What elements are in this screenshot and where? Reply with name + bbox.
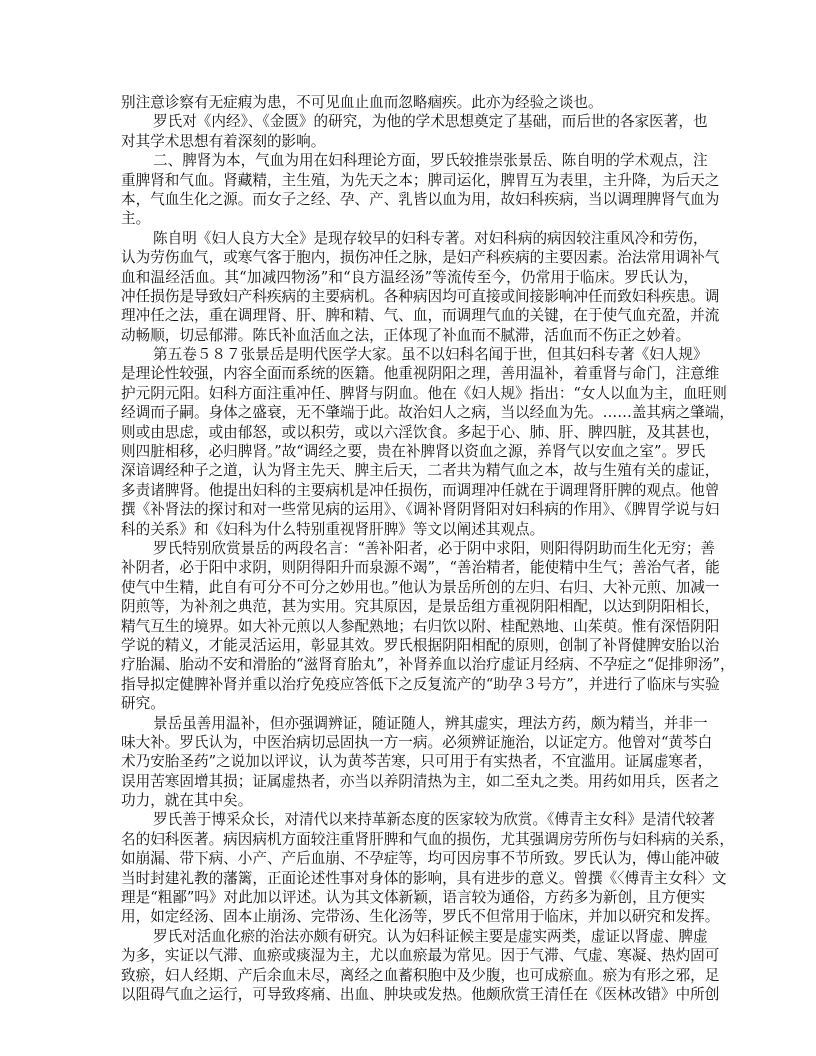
text-line: 认为劳伤血气，或寒气客于胞内，损伤冲任之脉，是妇产科疾病的主要因素。治法常用调补… xyxy=(121,248,698,267)
text-line: 二、脾肾为本，气血为用在妇科理论方面，罗氏较推崇张景岳、陈自明的学术观点，注 xyxy=(121,151,698,170)
paragraph: 景岳虽善用温补，但亦强调辨证，随证随人，辨其虚实，理法方药，颇为精当，并非一味大… xyxy=(121,714,698,811)
text-line: 深谙调经种子之道，认为肾主先天、脾主后天，二者共为精气血之本，故与生殖有关的虚证… xyxy=(121,461,698,480)
text-line: 致瘀，妇人经期、产后余血未尽，离经之血蓄积胞中及少腹，也可成瘀血。瘀为有形之邪，… xyxy=(121,966,698,985)
text-line: 功力，就在其中矣。 xyxy=(121,791,698,810)
text-line: 撰《补肾法的探讨和对一些常见病的运用》、《调补肾阴肾阳对妇科病的作用》、《脾胃学… xyxy=(121,500,698,519)
paragraph: 罗氏对《内经》、《金匮》的研究，为他的学术思想奠定了基础，而后世的各家医著，也对… xyxy=(121,112,698,151)
text-line: 护元阴元阳。妇科方面注重冲任、脾肾与阴血。他在《妇人规》指出：“女人以血为主，血… xyxy=(121,384,698,403)
paragraph: 别注意诊察有无症瘕为患，不可见血止血而忽略痼疾。此亦为经验之谈也。 xyxy=(121,93,698,112)
text-line: 补阴者，必于阳中求阴，则阴得阳升而泉源不竭”，“善治精者，能使精中生气；善治气者… xyxy=(121,558,698,577)
text-line: 罗氏特别欣赏景岳的两段名言：“善补阳者，必于阴中求阳，则阳得阴助而生化无穷；善 xyxy=(121,539,698,558)
text-line: 阴煎等，为补剂之典范，甚为实用。究其原因，是景岳组方重视阴阳相配，以达到阴阳相长… xyxy=(121,597,698,616)
text-line: 误用苦寒固增其损；证属虚热者，亦当以养阴清热为主，如二至丸之类。用药如用兵，医者… xyxy=(121,772,698,791)
text-line: 对其学术思想有着深刻的影响。 xyxy=(121,132,698,151)
text-line: 如崩漏、带下病、小产、产后血崩、不孕症等，均可因房事不节所致。罗氏认为，傅山能冲… xyxy=(121,849,698,868)
text-line: 名的妇科医著。病因病机方面较注重肾肝脾和气血的损伤，尤其强调房劳所伤与妇科病的关… xyxy=(121,830,698,849)
text-line: 主。 xyxy=(121,209,698,228)
text-line: 罗氏对活血化瘀的治法亦颇有研究。认为妇科证候主要是虚实两类，虚证以肾虚、脾虚 xyxy=(121,927,698,946)
text-line: 别注意诊察有无症瘕为患，不可见血止血而忽略痼疾。此亦为经验之谈也。 xyxy=(121,93,698,112)
text-line: 研究。 xyxy=(121,694,698,713)
text-line: 多责诸脾肾。他提出妇科的主要病机是冲任损伤，而调理冲任就在于调理肾肝脾的观点。他… xyxy=(121,481,698,500)
text-line: 重脾肾和气血。肾藏精，主生殖，为先天之本；脾司运化，脾胃互为表里，主升降，为后天… xyxy=(121,171,698,190)
text-line: 味大补。罗氏认为，中医治病切忌固执一方一病。必须辨证施治，以证定方。他曾对“黄芩… xyxy=(121,733,698,752)
text-line: 经调而子嗣。身体之盛衰，无不肇端于此。故治妇人之病，当以经血为先。……盖其病之肇… xyxy=(121,403,698,422)
paragraph: 罗氏善于博采众长，对清代以来持革新态度的医家较为欣赏。《傅青主女科》是清代较著名… xyxy=(121,810,698,926)
text-line: 学说的精义，才能灵活运用，彰显其效。罗氏根据阴阳相配的原则，创制了补肾健脾安胎以… xyxy=(121,636,698,655)
text-line: 精气互生的境界。如大补元煎以人参配熟地；右归饮以附、桂配熟地、山茱萸。惟有深悟阴… xyxy=(121,617,698,636)
text-line: 动畅顺，切忌郁滞。陈氏补血活血之法，正体现了补血而不腻滞，活血而不伤正之妙着。 xyxy=(121,326,698,345)
text-line: 疗胎漏、胎动不安和滑胎的“滋肾育胎丸”，补肾养血以治疗虚证月经病、不孕症之“促排… xyxy=(121,655,698,674)
text-line: 当时封建礼教的藩篱，正面论述性事对身体的影响，具有进步的意义。曾撰《〈傅青主女科… xyxy=(121,869,698,888)
text-line: 则或由思虑，或由郁怒，或以积劳，或以六淫饮食。多起于心、肺、肝、脾四脏，及其甚也… xyxy=(121,423,698,442)
paragraph: 第五卷５８７张景岳是明代医学大家。虽不以妇科名闻于世，但其妇科专著《妇人规》是理… xyxy=(121,345,698,539)
text-line: 科的关系》和《妇科为什么特别重视肾肝脾》等文以阐述其观点。 xyxy=(121,520,698,539)
document-page: 别注意诊察有无症瘕为患，不可见血止血而忽略痼疾。此亦为经验之谈也。罗氏对《内经》… xyxy=(121,93,698,1004)
text-line: 是理论性较强，内容全面而系统的医籍。他重视阴阳之理，善用温补，着重肾与命门，注意… xyxy=(121,364,698,383)
text-line: 使气中生精，此自有可分不可分之妙用也。”他认为景岳所创的左归、右归、大补元煎、加… xyxy=(121,578,698,597)
text-line: 术乃安胎圣药”之说加以评议，认为黄芩苦寒，只可用于有实热者，不宜滥用。证属虚寒者… xyxy=(121,752,698,771)
text-line: 陈自明《妇人良方大全》是现存较早的妇科专著。对妇科病的病因较注重风冷和劳伤， xyxy=(121,229,698,248)
text-line: 为多，实证以气滞、血瘀或痰湿为主，尤以血瘀最为常见。因于气滞、气虚、寒凝、热灼固… xyxy=(121,946,698,965)
text-line: 罗氏善于博采众长，对清代以来持革新态度的医家较为欣赏。《傅青主女科》是清代较著 xyxy=(121,810,698,829)
text-line: 则四脏相移，必归脾肾。”故“调经之要，贵在补脾肾以资血之源，养肾气以安血之室”。… xyxy=(121,442,698,461)
text-line: 理是“粗鄙”吗》对此加以评述。认为其文体新颖，语言较为通俗，方药多为新创，且方便… xyxy=(121,888,698,907)
text-line: 罗氏对《内经》、《金匮》的研究，为他的学术思想奠定了基础，而后世的各家医著，也 xyxy=(121,112,698,131)
paragraph: 罗氏对活血化瘀的治法亦颇有研究。认为妇科证候主要是虚实两类，虚证以肾虚、脾虚为多… xyxy=(121,927,698,1005)
paragraph: 罗氏特别欣赏景岳的两段名言：“善补阳者，必于阴中求阳，则阳得阴助而生化无穷；善补… xyxy=(121,539,698,714)
text-line: 以阻碍气血之运行，可导致疼痛、出血、肿块或发热。他颇欣赏王清任在《医林改错》中所… xyxy=(121,985,698,1004)
text-line: 本，气血生化之源。而女子之经、孕、产、乳皆以血为用，故妇科疾病，当以调理脾肾气血… xyxy=(121,190,698,209)
text-line: 血和温经活血。其“加减四物汤”和“良方温经汤”等流传至今，仍常用于临床。罗氏认为… xyxy=(121,268,698,287)
text-line: 指导拟定健脾补肾并重以治疗免疫应答低下之反复流产的“助孕３号方”，并进行了临床与… xyxy=(121,675,698,694)
text-line: 景岳虽善用温补，但亦强调辨证，随证随人，辨其虚实，理法方药，颇为精当，并非一 xyxy=(121,714,698,733)
text-line: 理冲任之法，重在调理肾、肝、脾和精、气、血，而调理气血的关键，在于使气血充盈，并… xyxy=(121,306,698,325)
paragraph: 二、脾肾为本，气血为用在妇科理论方面，罗氏较推崇张景岳、陈自明的学术观点，注重脾… xyxy=(121,151,698,229)
text-line: 冲任损伤是导致妇产科疾病的主要病机。各种病因均可直接或间接影响冲任而致妇科疾患。… xyxy=(121,287,698,306)
text-line: 用，如定经汤、固本止崩汤、完带汤、生化汤等，罗氏不但常用于临床，并加以研究和发挥… xyxy=(121,907,698,926)
text-line: 第五卷５８７张景岳是明代医学大家。虽不以妇科名闻于世，但其妇科专著《妇人规》 xyxy=(121,345,698,364)
paragraph: 陈自明《妇人良方大全》是现存较早的妇科专著。对妇科病的病因较注重风冷和劳伤，认为… xyxy=(121,229,698,345)
